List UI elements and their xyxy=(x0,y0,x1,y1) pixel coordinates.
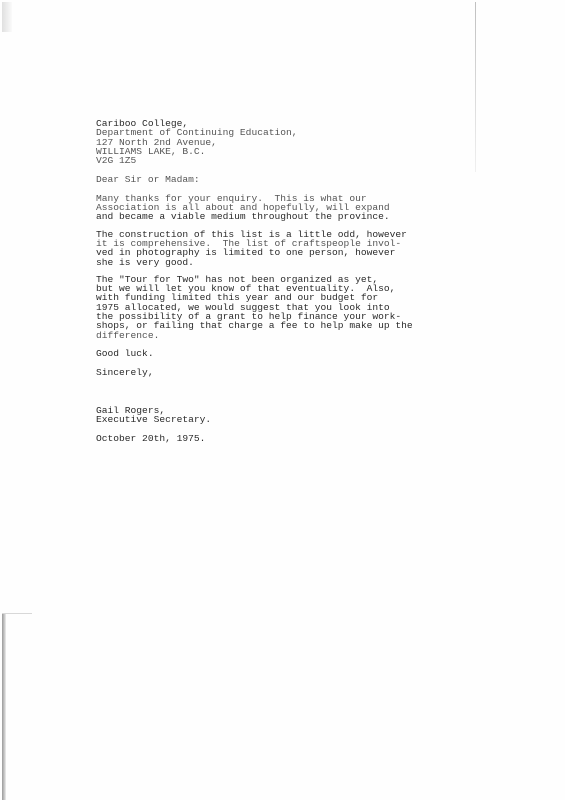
recipient-address: Cariboo College, Department of Continuin… xyxy=(96,119,426,165)
address-line-city: WILLIAMS LAKE, B.C. xyxy=(96,147,426,156)
paragraph-line: difference. xyxy=(96,331,426,340)
good-luck: Good luck. xyxy=(96,349,426,358)
paragraph-line: and became a viable medium throughout th… xyxy=(96,212,426,221)
address-line-postal: V2G 1Z5 xyxy=(96,156,426,165)
date-block: October 20th, 1975. xyxy=(96,434,426,443)
paper-fold-line xyxy=(475,2,476,172)
salutation: Dear Sir or Madam: xyxy=(96,175,426,184)
paragraph-line: she is very good. xyxy=(96,258,426,267)
letter-body: Cariboo College, Department of Continuin… xyxy=(96,119,426,443)
salutation-block: Dear Sir or Madam: xyxy=(96,175,426,184)
scan-edge-shadow-left-top xyxy=(2,613,32,614)
signer-title: Executive Secretary. xyxy=(96,415,426,424)
signature-block: Gail Rogers, Executive Secretary. xyxy=(96,406,426,425)
closing-block: Sincerely, xyxy=(96,368,426,377)
closing: Sincerely, xyxy=(96,368,426,377)
letter-date: October 20th, 1975. xyxy=(96,434,426,443)
scan-edge-shadow-top xyxy=(2,2,12,32)
paragraph-2: The construction of this list is a littl… xyxy=(96,230,426,267)
scan-edge-shadow-left xyxy=(2,614,6,800)
paragraph-1: Many thanks for your enquiry. This is wh… xyxy=(96,194,426,222)
paragraph-3: The "Tour for Two" has not been organize… xyxy=(96,275,426,340)
good-luck-block: Good luck. xyxy=(96,349,426,358)
